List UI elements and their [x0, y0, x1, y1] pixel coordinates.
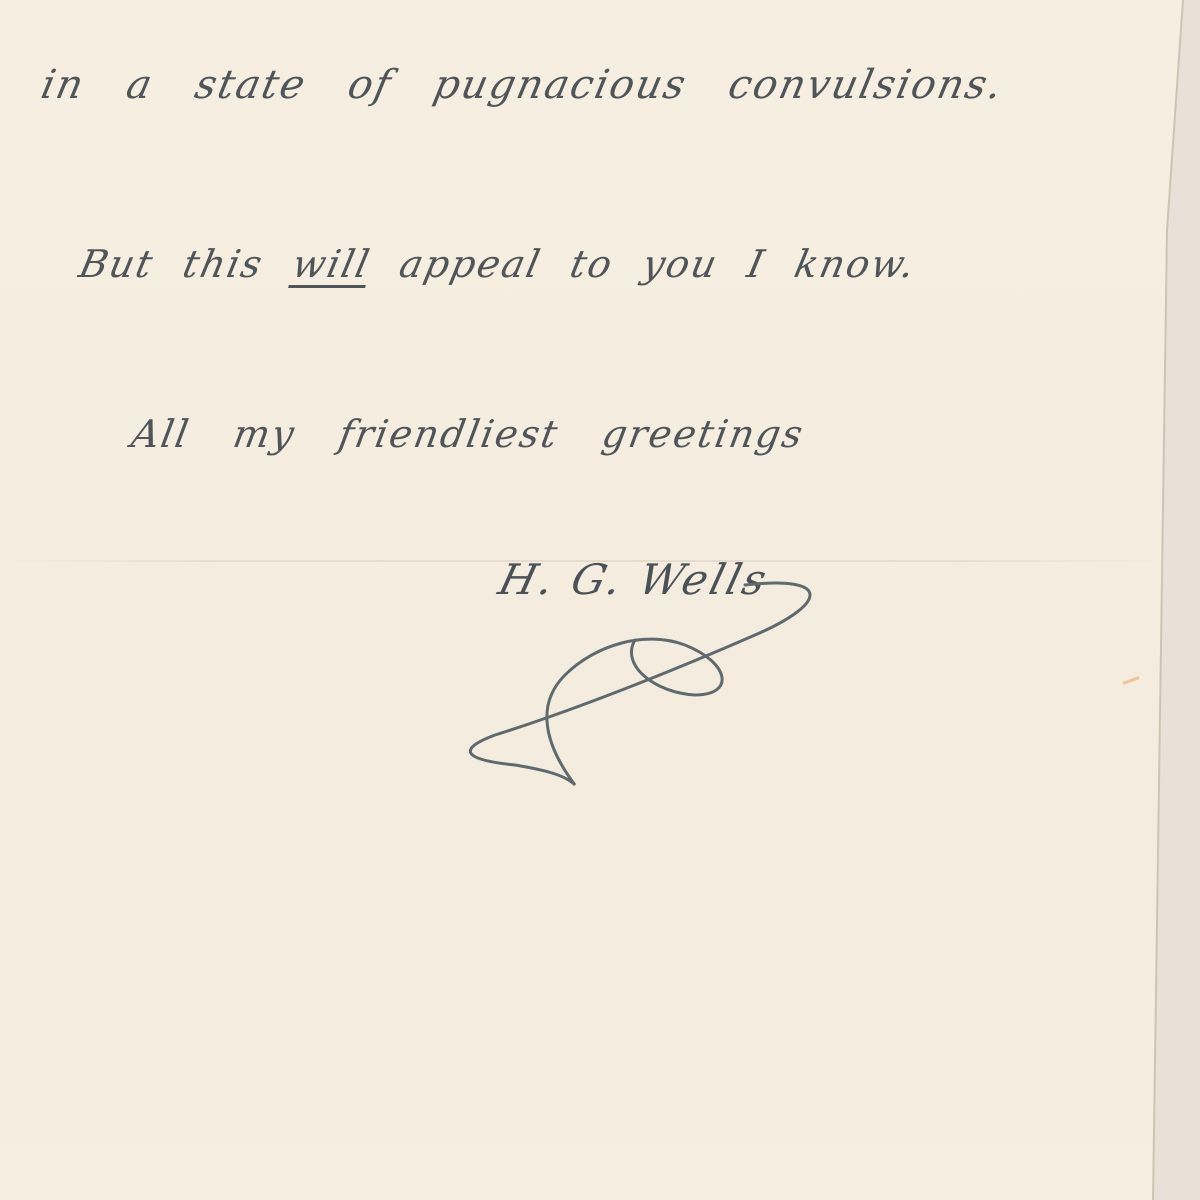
letter-line-2: But this will appeal to you I know.	[75, 242, 920, 286]
letter-line-2-post: appeal to you I know.	[366, 242, 921, 286]
letter-line-2-pre: But this	[75, 242, 298, 286]
signature-flourish-icon	[455, 545, 835, 805]
closing-greeting: All my friendliest greetings	[128, 412, 808, 456]
letter-line-1: in a state of pugnacious convulsions.	[37, 62, 1008, 108]
signature: H. G. Wells	[455, 545, 835, 805]
underlined-word: will	[289, 242, 375, 286]
